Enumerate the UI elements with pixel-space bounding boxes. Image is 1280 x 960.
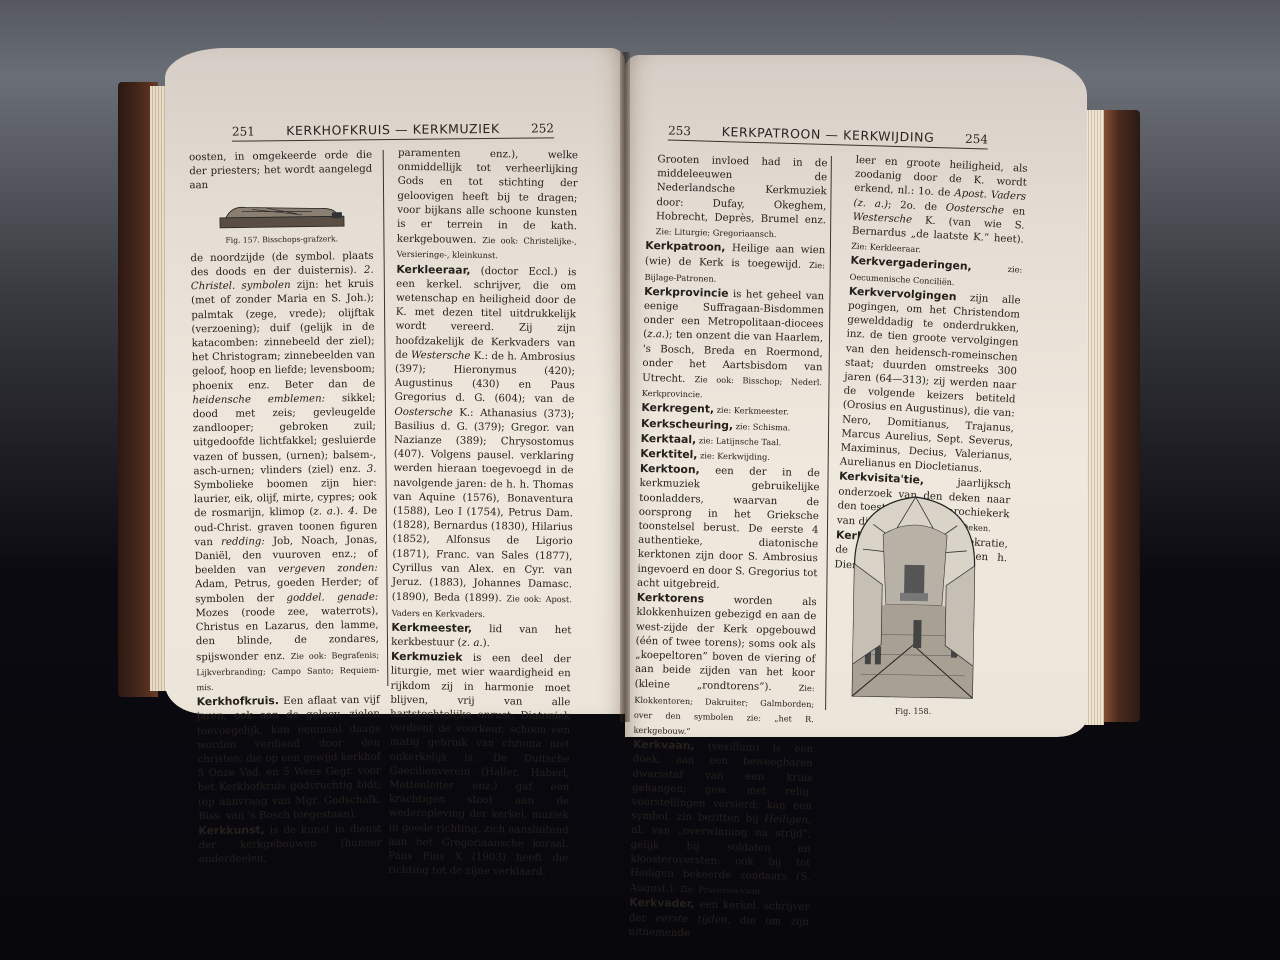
tomb-effigy-illustration bbox=[211, 196, 351, 232]
running-title: KERKHOFKRUIS — KERKMUZIEK bbox=[286, 121, 500, 138]
book-gutter bbox=[620, 52, 630, 722]
entry-kerkvaan: Kerkvaan, (vexillum) is een doek, aan ee… bbox=[629, 738, 813, 901]
page-number: 252 bbox=[531, 121, 554, 135]
entry-continuation: Grooten invloed had in de middeleeuwen d… bbox=[646, 153, 828, 244]
text-column-2: paramenten enz.), welke onmiddellijk tot… bbox=[388, 147, 578, 881]
entry-kerkvader: Kerkvader, een kerkel. schrijver der eer… bbox=[628, 896, 809, 944]
photo-scene: 251 KERKHOFKRUIS — KERKMUZIEK 252 253 KE… bbox=[0, 0, 1280, 960]
headword: Kerkkunst, bbox=[198, 823, 264, 837]
headword: Kerkmuziek bbox=[391, 650, 463, 664]
page-number: 253 bbox=[668, 124, 691, 139]
entry-kerkleeraar: Kerkleeraar, (doctor Eccl.) is een kerke… bbox=[392, 262, 577, 623]
entry-text: de noordzijde (de symbol. plaats des doo… bbox=[190, 250, 379, 696]
text-column-1: oosten, in omgekeerde orde die der pries… bbox=[189, 149, 382, 868]
entry-kerkkunst: Kerkkunst, is de kunst in dienst der ker… bbox=[198, 822, 382, 868]
entry-kerkvervolgingen: Kerkvervolgingen zijn alle pogingen, om … bbox=[840, 284, 1021, 478]
page-number: 251 bbox=[232, 124, 255, 138]
entry-kerktorens: Kerktorens worden als klokkenhuizen gebe… bbox=[633, 591, 817, 742]
figure-caption: Fig. 158. bbox=[895, 707, 931, 716]
entry-kerkmuziek: Kerkmuziek is een deel der liturgie, met… bbox=[388, 650, 571, 881]
church-interior-illustration bbox=[850, 494, 978, 700]
page-number: 254 bbox=[965, 132, 988, 147]
entry-kerkprovincie: Kerkprovincie is het geheel van eenige S… bbox=[642, 285, 825, 406]
entry-continuation: paramenten enz.), welke onmiddellijk tot… bbox=[397, 147, 579, 265]
running-head-left: 251 KERKHOFKRUIS — KERKMUZIEK 252 bbox=[232, 120, 554, 141]
text-column-3: Grooten invloed had in de middeleeuwen d… bbox=[628, 153, 827, 944]
headword: Kerkmeester, bbox=[391, 620, 472, 634]
entry-continuation: leer en groote heiligheid, als zoodanig … bbox=[851, 154, 1028, 263]
headword: Kerkhofkruis. bbox=[197, 694, 279, 708]
entry-kerkpatroon: Kerkpatroon, Heilige aan wien (wie) de K… bbox=[644, 239, 825, 289]
headword: Kerkleeraar, bbox=[396, 262, 470, 276]
entry-kerktoon: Kerktoon, een der in de kerkmuziek gebru… bbox=[637, 462, 820, 595]
entry-continuation: oosten, in omgekeerde orde die der pries… bbox=[189, 149, 373, 194]
entry-kerkhofkruis: Kerkhofkruis. Een aflaat van vijf jaren,… bbox=[197, 693, 382, 824]
figure-caption: Fig. 157. Bisschops-grafzerk. bbox=[190, 231, 373, 248]
entry-kerkmeester: Kerkmeester, lid van het kerkbestuur (z.… bbox=[391, 620, 571, 652]
